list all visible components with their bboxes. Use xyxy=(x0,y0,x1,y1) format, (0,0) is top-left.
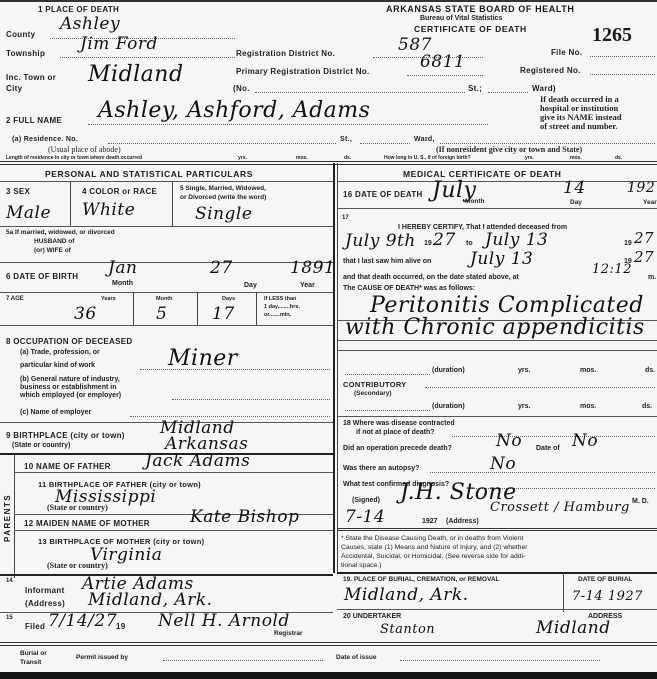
st-line xyxy=(488,92,528,93)
footnote-line-top xyxy=(337,528,657,531)
age-days-value: 17 xyxy=(212,304,235,324)
state-board-title: ARKANSAS STATE BOARD OF HEALTH xyxy=(386,4,575,14)
cause-line-3-rule xyxy=(337,350,657,351)
permit-label: Permit issued by xyxy=(76,654,128,661)
file-no-label: File No. xyxy=(551,48,582,57)
burial-place-value: Midland, Ark. xyxy=(344,585,469,605)
dod-day: 14 xyxy=(563,178,586,198)
race-label: 4 COLOR or RACE xyxy=(82,187,157,196)
registered-no-line xyxy=(590,74,655,75)
attended-from-19: 19 xyxy=(424,240,432,247)
occ-b-line xyxy=(172,399,330,400)
undertaker-label: 20 UNDERTAKER xyxy=(343,613,401,620)
father-line xyxy=(14,472,333,473)
age-divider-3 xyxy=(256,292,257,325)
occ-a-1: (a) Trade, profession, or xyxy=(20,349,100,356)
footnote-1: * State the Disease Causing Death, or in… xyxy=(341,535,523,542)
permit-line-top xyxy=(0,642,657,646)
personal-header-line xyxy=(0,181,333,182)
town-no-line xyxy=(255,92,465,93)
attended-to: July 13 xyxy=(485,230,548,250)
filed-year-prefix: 19 xyxy=(116,622,126,631)
file-no-line xyxy=(590,56,655,57)
age-divider-1 xyxy=(133,292,134,325)
race-marital-divider xyxy=(172,181,173,226)
certificate-title: CERTIFICATE OF DEATH xyxy=(414,24,527,34)
dob-year-label: Year xyxy=(300,282,315,289)
contracted-line xyxy=(452,436,655,437)
race-value: White xyxy=(82,200,135,220)
age-divider-2 xyxy=(197,292,198,325)
dod-day-label: Day xyxy=(570,199,582,206)
occurred-label: and that death occurred, on the date sta… xyxy=(343,274,519,281)
primary-reg-value: 6811 xyxy=(420,52,465,72)
age-years-label: Years xyxy=(101,296,116,302)
medical-header-line xyxy=(337,181,657,182)
occupation-value: Miner xyxy=(168,346,238,371)
residence-line xyxy=(108,143,336,144)
registrar-label: Registrar xyxy=(274,630,303,637)
primary-reg-label: Primary Registration District No. xyxy=(236,67,370,76)
dod-month-label: Month xyxy=(465,198,485,205)
section-divider xyxy=(0,161,657,165)
operation-label: Did an operation precede death? xyxy=(343,445,452,452)
cause-label: The CAUSE OF DEATH* was as follows: xyxy=(343,285,475,292)
secondary-label: (Secondary) xyxy=(354,390,392,397)
sex-value: Male xyxy=(6,203,51,223)
informant-address-label: (Address) xyxy=(25,599,65,608)
bureau-title: Bureau of Vital Statistics xyxy=(420,15,502,22)
less-than-2: 1 day,.......hrs. xyxy=(264,304,300,310)
occ-a-2: particular kind of work xyxy=(20,362,95,369)
informant-address-value: Midland, Ark. xyxy=(88,590,213,610)
bottom-border xyxy=(0,672,657,679)
residence-st-line xyxy=(360,143,410,144)
burial-date-divider xyxy=(563,572,564,612)
dob-label: 6 DATE OF BIRTH xyxy=(6,272,78,281)
full-name-line xyxy=(88,124,488,125)
burial-line-top xyxy=(337,572,657,574)
age-line-top xyxy=(0,292,333,293)
footnote-3: Accidental, Suicidal, or Homicidal. (See… xyxy=(341,553,525,560)
mother-state-label: (State or country) xyxy=(47,561,108,570)
duration-1-ds: ds. xyxy=(645,367,655,374)
attended-from-year: 27 xyxy=(433,230,456,250)
date-of-value: No xyxy=(572,431,598,451)
spouse-line-top xyxy=(0,226,333,227)
personal-section-title: PERSONAL AND STATISTICAL PARTICULARS xyxy=(45,169,253,179)
burial-place-label: 19. PLACE OF BURIAL, CREMATION, or REMOV… xyxy=(343,576,500,583)
occ-b-2: business or establishment in xyxy=(20,384,116,391)
occurred-time: 12:12 xyxy=(592,262,632,277)
informant-number: 14 xyxy=(6,578,13,584)
age-label: 7 AGE xyxy=(6,296,24,302)
residence-sub-label: (Usual place of abode) xyxy=(48,145,121,154)
dod-year-label: Year xyxy=(643,199,657,206)
undertaker-address-value: Midland xyxy=(536,618,611,638)
burial-or-label: Burial or xyxy=(20,650,47,657)
township-label: Township xyxy=(6,49,45,58)
attended-to-year: 27 xyxy=(634,229,654,247)
place-of-death-heading: 1 PLACE OF DEATH xyxy=(38,5,119,14)
footnote-4: tional space.) xyxy=(341,562,381,569)
duration-2-ds: ds. xyxy=(642,403,652,410)
signed-address-value: Crossett / Hamburg xyxy=(490,500,630,515)
township-line xyxy=(60,57,235,58)
md-label: M. D. xyxy=(632,498,649,505)
residence-st-label: St., xyxy=(340,136,352,143)
duration-1-mos: mos. xyxy=(580,367,596,374)
town-label-2: City xyxy=(6,84,22,93)
filed-label: Filed xyxy=(25,622,45,631)
transit-label: Transit xyxy=(20,659,41,666)
contributory-label: CONTRIBUTORY xyxy=(343,380,407,389)
parents-side-label: PARENTS xyxy=(3,494,12,542)
township-value: Jim Ford xyxy=(80,34,158,54)
dob-day-label: Day xyxy=(244,282,257,289)
registrar-value: Nell H. Arnold xyxy=(158,611,290,631)
footnote-2: Causes, state (1) Means and Nature of In… xyxy=(341,544,528,551)
parents-side-divider xyxy=(14,455,15,578)
duration-1-line xyxy=(345,374,430,375)
town-value: Midland xyxy=(88,62,184,87)
full-name-label: 2 FULL NAME xyxy=(6,116,62,125)
age-months-label: Month xyxy=(156,296,173,302)
autopsy-label: Was there an autopsy? xyxy=(343,465,419,472)
autopsy-value: No xyxy=(490,454,516,474)
age-years-value: 36 xyxy=(74,304,97,324)
top-border xyxy=(0,0,657,2)
to-label: to xyxy=(466,240,473,247)
duration-1-label: (duration) xyxy=(432,367,465,374)
marital-label-1: 5 Single, Married, Widowed, xyxy=(180,185,266,192)
occupation-label: 8 OCCUPATION OF DECEASED xyxy=(6,337,132,346)
dod-label: 16 DATE OF DEATH xyxy=(343,190,423,199)
dob-month-label: Month xyxy=(112,280,133,287)
occupation-line-top xyxy=(0,325,333,326)
county-label: County xyxy=(6,30,35,39)
autopsy-line xyxy=(430,472,655,473)
spouse-label-3: (or) WIFE of xyxy=(34,247,71,254)
contracted-label-2: if not at place of death? xyxy=(356,429,435,436)
dob-line-top xyxy=(0,262,333,263)
signed-address-label: (Address) xyxy=(446,518,479,525)
residence-label: (a) Residence. No. xyxy=(12,136,78,143)
sex-race-divider xyxy=(70,181,71,226)
contributory-line xyxy=(425,387,655,388)
cert-number: 17 xyxy=(342,215,349,221)
spouse-label-2: HUSBAND of xyxy=(34,238,74,245)
death-certificate: 1 PLACE OF DEATH ARKANSAS STATE BOARD OF… xyxy=(0,0,657,679)
no-label: (No. xyxy=(233,84,250,93)
dob-year: 1891 xyxy=(290,258,335,278)
medical-section-title: MEDICAL CERTIFICATE OF DEATH xyxy=(403,169,561,179)
signed-label: (Signed) xyxy=(352,497,380,504)
file-number: 1265 xyxy=(592,24,632,47)
signed-date: 7-14 xyxy=(345,507,385,527)
attended-to-19: 19 xyxy=(624,240,632,247)
st-label: St.; xyxy=(468,84,482,93)
birthplace-state-label: (State or country) xyxy=(12,442,70,449)
nonresident-note: (If nonresident give city or town and St… xyxy=(436,145,582,154)
last-saw-year: 27 xyxy=(634,248,654,266)
duration-2-yrs: yrs. xyxy=(518,403,530,410)
occ-c: (c) Name of employer xyxy=(20,409,91,416)
full-name-value: Ashley, Ashford, Adams xyxy=(98,98,370,123)
date-of-issue-line xyxy=(400,660,600,661)
residence-ward-label: Ward, xyxy=(414,136,435,143)
hospital-note-4: of street and number. xyxy=(540,121,617,131)
mother-value: Kate Bishop xyxy=(190,507,299,527)
occ-b-1: (b) General nature of industry, xyxy=(20,376,120,383)
town-label-1: Inc. Town or xyxy=(6,73,56,82)
informant-label: Informant xyxy=(25,586,65,595)
marital-label-2: or Divorced (write the word) xyxy=(180,194,266,201)
father-value: Jack Adams xyxy=(145,451,250,471)
certify-line-top xyxy=(337,208,657,209)
mother-line xyxy=(14,530,333,531)
date-of-issue-label: Date of issue xyxy=(336,654,376,661)
cause-line-2-rule xyxy=(337,340,657,341)
undertaker-value: Stanton xyxy=(380,622,435,637)
attended-from: July 9th xyxy=(345,231,416,251)
duration-1-yrs: yrs. xyxy=(518,367,530,374)
registered-no-label: Registered No. xyxy=(520,66,581,75)
burial-date-label: DATE OF BURIAL xyxy=(578,576,632,583)
duration-2-label: (duration) xyxy=(432,403,465,410)
reg-district-label: Registration District No. xyxy=(236,49,335,58)
last-saw-label: that I last saw him alive on xyxy=(343,258,431,265)
column-divider-inner xyxy=(337,163,338,573)
primary-reg-line xyxy=(407,75,483,76)
duration-2-mos: mos. xyxy=(580,403,596,410)
father-state-label: (State or country) xyxy=(47,503,108,512)
age-days-label: Days xyxy=(222,296,235,302)
father-label: 10 NAME OF FATHER xyxy=(24,462,111,471)
occ-c-line xyxy=(130,416,330,417)
occurred-suffix: m. xyxy=(648,274,656,281)
signed-year: 1927 xyxy=(422,518,438,525)
operation-value: No xyxy=(496,431,522,451)
spouse-label-1: 5a If married, widowed, or divorced xyxy=(6,229,115,236)
filed-date-value: 7/14/27 xyxy=(48,611,117,631)
mother-label: 12 MAIDEN NAME OF MOTHER xyxy=(24,519,150,528)
dob-month: Jan xyxy=(108,258,137,278)
age-months-value: 5 xyxy=(156,304,167,324)
contracted-line-top xyxy=(337,416,657,417)
cause-line-2: with Chronic appendicitis xyxy=(345,315,645,340)
dod-year: 1927 xyxy=(627,180,657,196)
undertaker-line-top xyxy=(337,609,657,610)
dob-day: 27 xyxy=(210,258,233,278)
county-value: Ashley xyxy=(60,14,120,34)
less-than-3: or.......min. xyxy=(264,312,291,318)
less-than-1: If LESS than xyxy=(264,296,296,302)
marital-value: Single xyxy=(195,204,252,224)
duration-2-line xyxy=(345,410,430,411)
residence-ward-line xyxy=(440,143,655,144)
column-divider xyxy=(333,163,335,573)
sex-label: 3 SEX xyxy=(6,187,30,196)
permit-line xyxy=(163,660,323,661)
ward-label: Ward) xyxy=(532,84,556,93)
occ-b-3: which employed (or employer) xyxy=(20,392,121,399)
burial-date-value: 7-14 1927 xyxy=(572,589,643,604)
date-of-label: Date of xyxy=(536,445,560,452)
birthplace-label: 9 BIRTHPLACE (city or town) xyxy=(6,431,125,440)
filed-number: 15 xyxy=(6,615,13,621)
last-saw-value: July 13 xyxy=(470,249,533,269)
contracted-label-1: 18 Where was disease contracted xyxy=(343,420,455,427)
